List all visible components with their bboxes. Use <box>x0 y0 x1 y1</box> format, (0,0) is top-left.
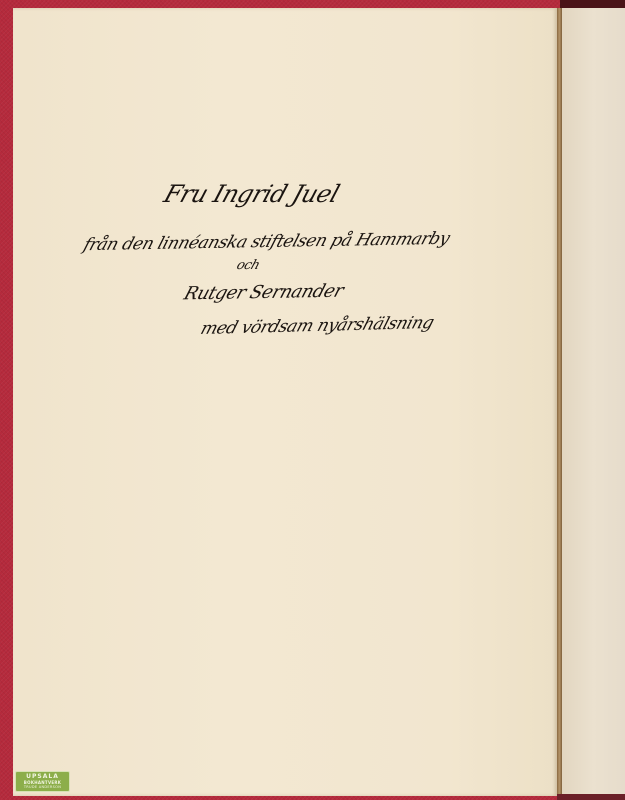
binder-label-name: TRUDE ANDERSON <box>16 786 69 790</box>
inscription-line-recipient: Fru Ingrid Juel <box>160 180 342 208</box>
handwritten-inscription: Fru Ingrid Juel från den linnéanska stif… <box>0 0 625 800</box>
inscription-line-and: och <box>235 258 262 273</box>
inscription-line-origin: från den linnéanska stiftelsen på Hammar… <box>81 229 452 255</box>
inscription-line-greeting: med vördsam nyårshälsning <box>198 313 436 339</box>
binder-label: UPSALA BOKHANTVERK TRUDE ANDERSON <box>15 771 70 792</box>
inscription-line-signature: Rutger Sernander <box>181 281 345 305</box>
